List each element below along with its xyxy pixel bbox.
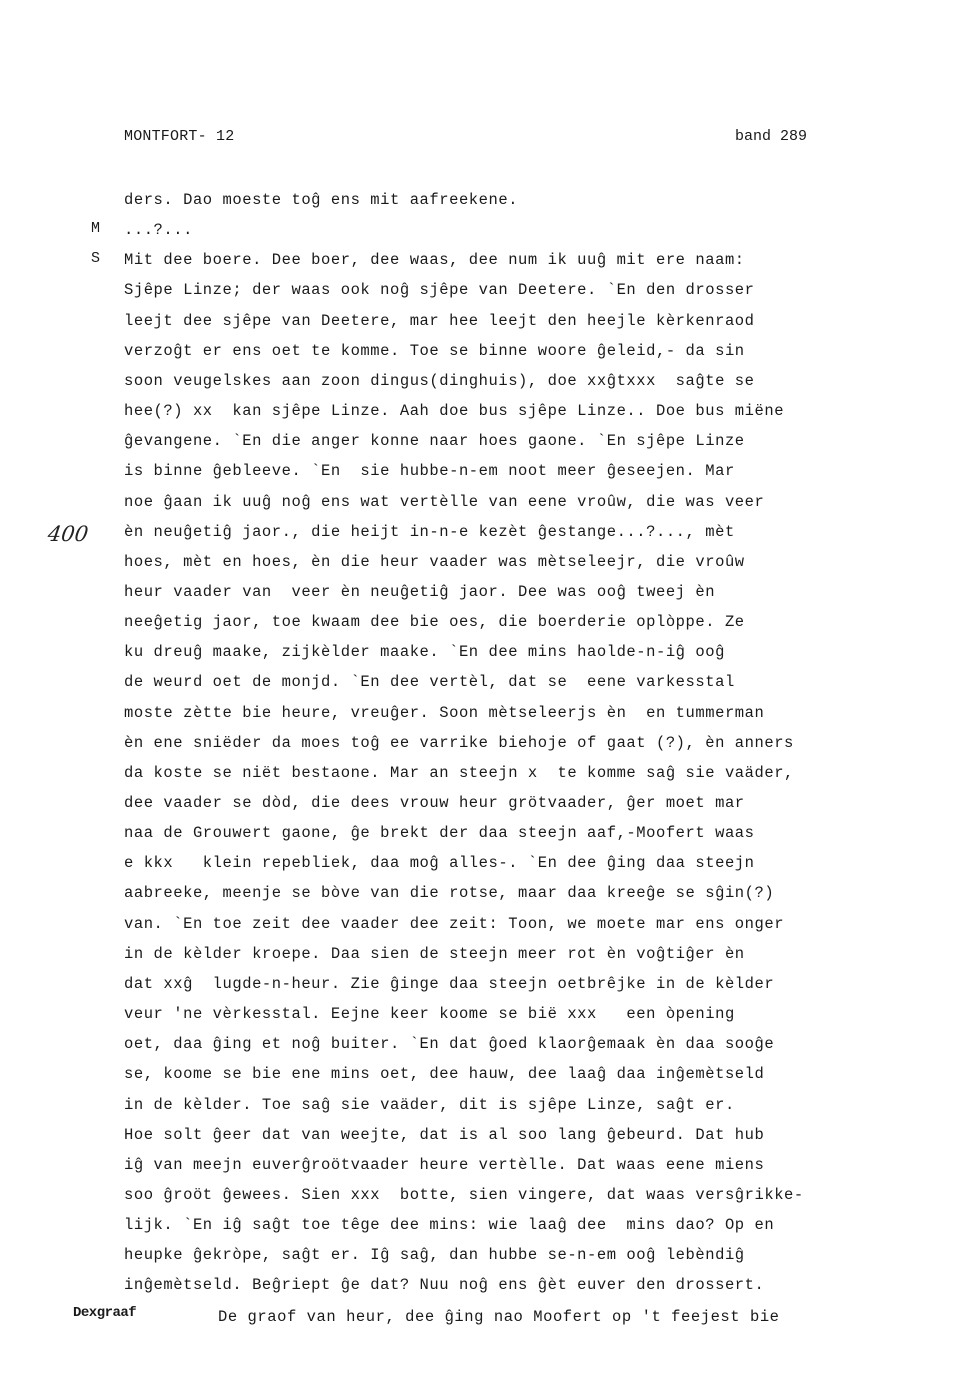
transcript-line: Hoe solt ĝeer dat van weejte, dat is al …	[124, 1125, 764, 1145]
transcript-line: èn neuĝetiĝ jaor., die heijt in-n-e kezè…	[124, 522, 735, 542]
transcript-line: is binne ĝebleeve. `En sie hubbe-n-em no…	[124, 461, 735, 481]
transcript-line: noe ĝaan ik uuĝ noĝ ens wat vertèlle van…	[124, 492, 764, 512]
transcript-line: inĝemètseld. Beĝriept ĝe dat? Nuu noĝ en…	[124, 1275, 764, 1295]
transcript-line: hoes, mèt en hoes, èn die heur vaader wa…	[124, 552, 745, 572]
transcript-line: ĝevangene. `En die anger konne naar hoes…	[124, 431, 745, 451]
transcript-line: de weurd oet de monjd. `En dee vertèl, d…	[124, 672, 735, 692]
page-header-title: MONTFORT- 12	[124, 128, 234, 145]
transcript-line: van. `En toe zeit dee vaader dee zeit: T…	[124, 914, 784, 934]
transcript-line: ...?...	[124, 220, 193, 240]
transcript-line: dee vaader se dòd, die dees vrouw heur g…	[124, 793, 745, 813]
transcript-line: soo ĝroöt ĝewees. Sien xxx botte, sien v…	[124, 1185, 804, 1205]
transcript-last-line: De graof van heur, dee ĝing nao Moofert …	[218, 1307, 780, 1327]
transcript-line: aabreeke, meenje se bòve van die rotse, …	[124, 883, 774, 903]
transcript-line: veur 'ne vèrkesstal. Eejne keer koome se…	[124, 1004, 735, 1024]
transcript-line: verzoĝt er ens oet te komme. Toe se binn…	[124, 341, 745, 361]
transcript-line: ders. Dao moeste toĝ ens mit aafreekene.	[124, 190, 518, 210]
transcript-line: da koste se niët bestaone. Mar an steejn…	[124, 763, 794, 783]
transcript-line: lijk. `En iĝ saĝt toe têge dee mins: wie…	[124, 1215, 774, 1235]
transcript-line: soon veugelskes aan zoon dingus(dinghuis…	[124, 371, 755, 391]
struck-speaker-label: Dexgraaf	[73, 1305, 136, 1321]
speaker-marker: S	[91, 250, 100, 267]
transcript-line: dat xxĝ lugde-n-heur. Zie ĝinge daa stee…	[124, 974, 774, 994]
transcript-line: heur vaader van veer èn neuĝetiĝ jaor. D…	[124, 582, 715, 602]
transcript-line: neeĝetig jaor, toe kwaam dee bie oes, di…	[124, 612, 745, 632]
transcript-line: heupke ĝekròpe, saĝt er. Iĝ saĝ, dan hub…	[124, 1245, 745, 1265]
transcript-line: oet, daa ĝing et noĝ buiter. `En dat ĝoe…	[124, 1034, 774, 1054]
transcript-line: moste zètte bie heure, vreuĝer. Soon mèt…	[124, 703, 764, 723]
handwritten-margin-note: 400	[46, 522, 89, 546]
transcript-line: Sjêpe Linze; der waas ook noĝ sjêpe van …	[124, 280, 755, 300]
page-header-band: band 289	[735, 128, 807, 145]
transcript-line: èn ene sniëder da moes toĝ ee varrike bi…	[124, 733, 794, 753]
transcript-line: ku dreuĝ maake, zijkèlder maake. `En dee…	[124, 642, 725, 662]
transcript-line: naa de Grouwert gaone, ĝe brekt der daa …	[124, 823, 755, 843]
transcript-line: Mit dee boere. Dee boer, dee waas, dee n…	[124, 250, 745, 270]
transcript-line: leejt dee sjêpe van Deetere, mar hee lee…	[124, 311, 755, 331]
transcript-line: se, koome se bie ene mins oet, dee hauw,…	[124, 1064, 764, 1084]
speaker-marker: M	[91, 220, 100, 237]
transcript-line: e kkx klein repebliek, daa moĝ alles-. `…	[124, 853, 755, 873]
transcript-line: in de kèlder. Toe saĝ sie vaäder, dit is…	[124, 1095, 735, 1115]
transcript-line: iĝ van meejn euverĝroötvaader heure vert…	[124, 1155, 764, 1175]
transcript-line: in de kèlder kroepe. Daa sien de steejn …	[124, 944, 745, 964]
transcript-line: hee(?) xx kan sjêpe Linze. Aah doe bus s…	[124, 401, 784, 421]
